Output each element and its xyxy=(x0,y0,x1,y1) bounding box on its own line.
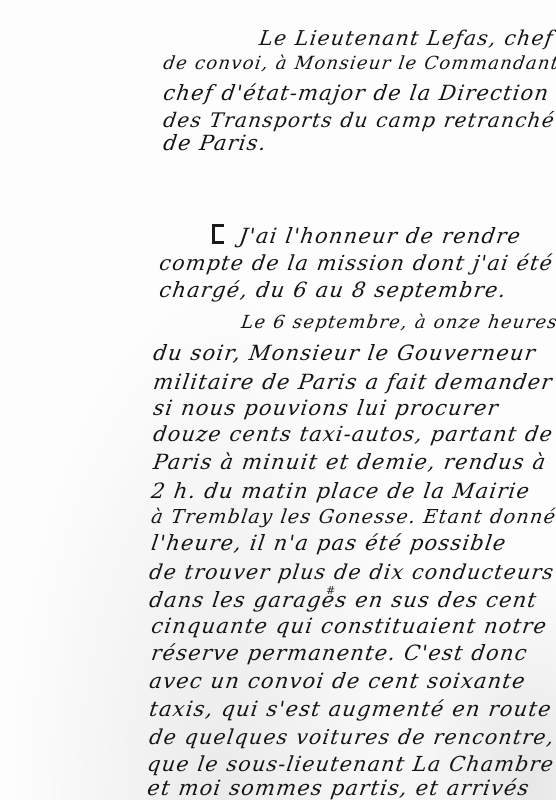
body-line: du soir, Monsieur le Gouverneur xyxy=(152,343,537,364)
body-line: taxis, qui s'est augmenté en route xyxy=(148,699,553,720)
header-line: chef d'état-major de la Direction xyxy=(162,83,551,104)
body-line: douze cents taxi-autos, partant de xyxy=(152,424,555,445)
body-line: Le 6 septembre, à onze heures xyxy=(240,314,556,332)
header-line: de Paris. xyxy=(162,133,268,154)
document-page: Le Lieutenant Lefas, chef de convoi, à M… xyxy=(0,0,556,800)
header-line: des Transports du camp retranché xyxy=(162,110,556,130)
body-line: et moi sommes partis, et arrivés xyxy=(146,778,531,799)
body-line: avec un convoi de cent soixante xyxy=(148,671,527,692)
body-line: de quelques voitures de rencontre, xyxy=(148,727,556,748)
body-line: si nous pouvions lui procurer xyxy=(152,398,500,419)
opening-bracket-mark xyxy=(212,224,224,244)
body-line: chargé, du 6 au 8 septembre. xyxy=(158,280,508,301)
header-line: de convoi, à Monsieur le Commandant xyxy=(162,55,556,73)
body-line: dans les garages en sus des cent xyxy=(148,590,539,611)
insertion-mark: # xyxy=(326,584,335,597)
body-line: compte de la mission dont j'ai été xyxy=(158,253,555,274)
body-line: cinquante qui constituaient notre xyxy=(150,616,549,637)
header-line: Le Lieutenant Lefas, chef xyxy=(258,28,555,48)
body-line: que le sous-lieutenant La Chambre xyxy=(146,754,556,775)
body-line: à Tremblay les Gonesse. Etant donné xyxy=(150,507,556,526)
body-line: J'ai l'honneur de rendre xyxy=(238,226,523,247)
body-line: militaire de Paris a fait demander xyxy=(152,372,554,393)
body-line: réserve permanente. C'est donc xyxy=(150,643,529,664)
body-line: Paris à minuit et demie, rendus à xyxy=(152,452,548,473)
body-line: 2 h. du matin place de la Mairie xyxy=(150,481,532,502)
body-line: l'heure, il n'a pas été possible xyxy=(150,533,508,554)
body-line: de trouver plus de dix conducteurs xyxy=(148,562,556,583)
